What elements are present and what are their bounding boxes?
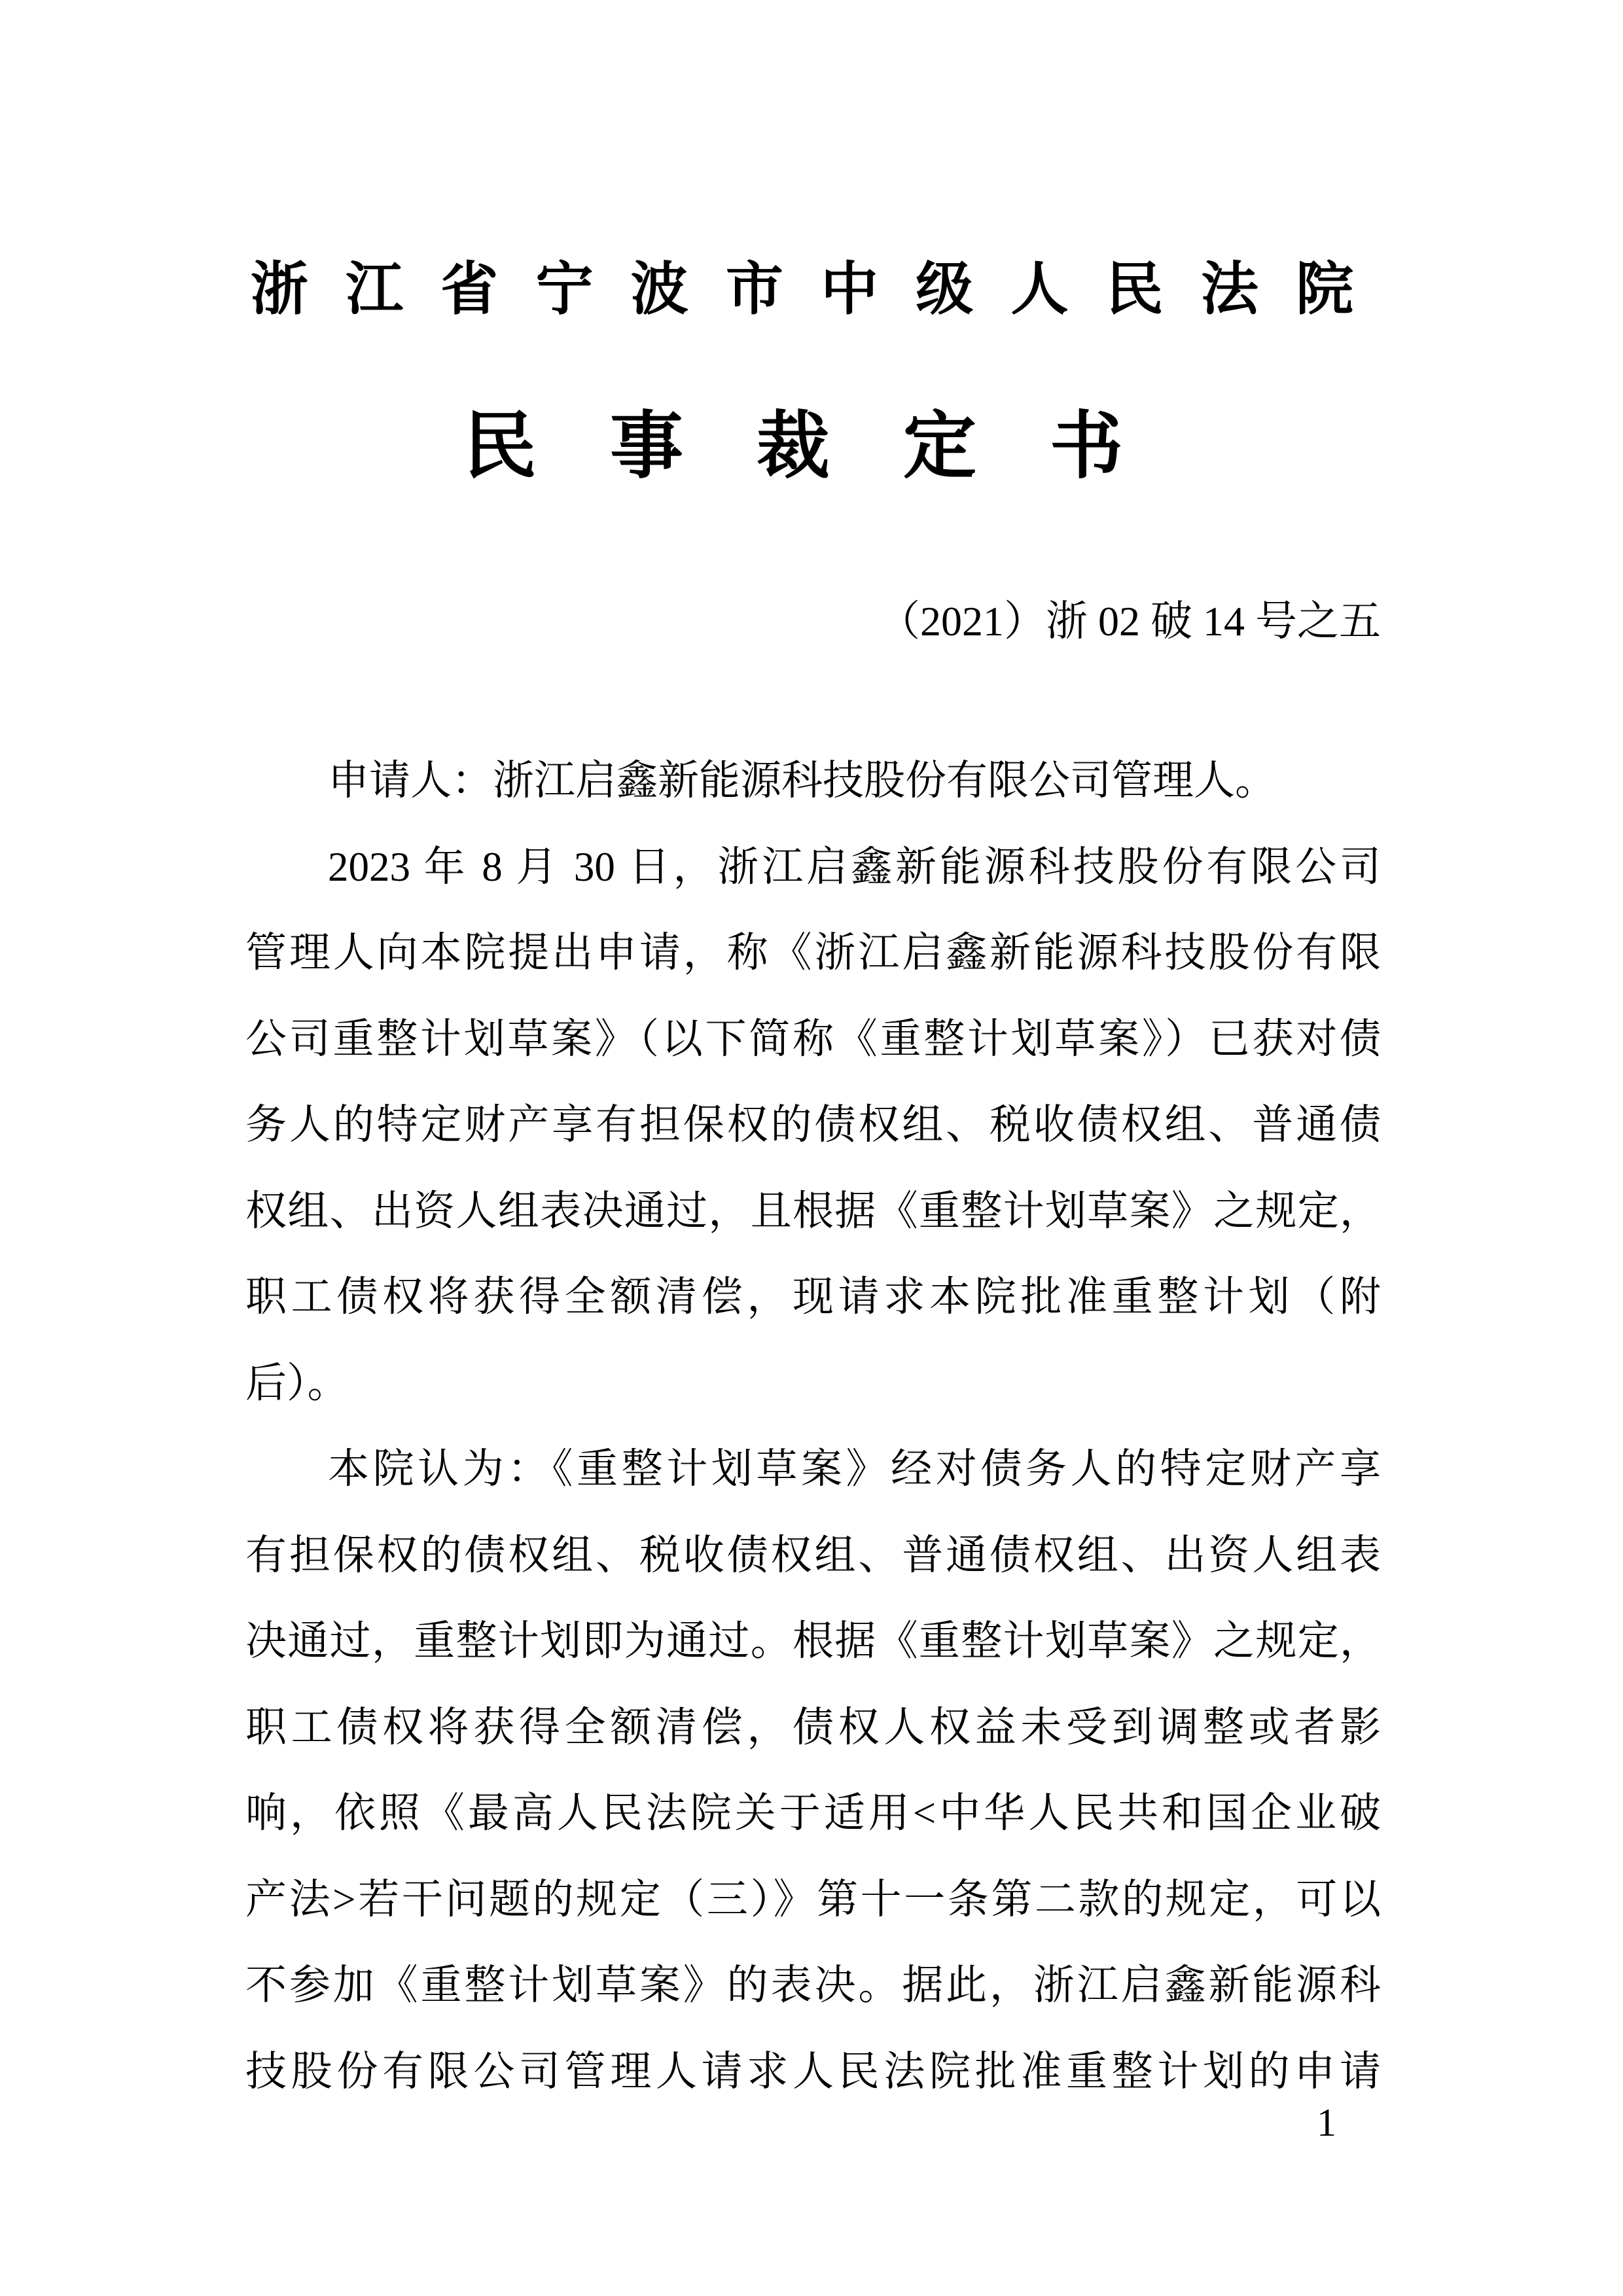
body-line: 务人的特定财产享有担保权的债权组、税收债权组、普通债	[245, 1082, 1381, 1169]
body-line: 不参加《重整计划草案》的表决。据此，浙江启鑫新能源科	[245, 1943, 1381, 2029]
body-line: 产法>若干问题的规定（三）》第十一条第二款的规定，可以	[245, 1857, 1381, 1943]
body-line: 本院认为：《重整计划草案》经对债务人的特定财产享	[245, 1426, 1381, 1513]
body-line: 决通过，重整计划即为通过。根据《重整计划草案》之规定，	[245, 1598, 1381, 1685]
body-text-block: 申请人：浙江启鑫新能源科技股份有限公司管理人。2023 年 8 月 30 日，浙…	[245, 738, 1381, 2115]
body-line: 职工债权将获得全额清偿，现请求本院批准重整计划（附	[245, 1254, 1381, 1341]
page-number: 1	[0, 2100, 1336, 2146]
body-line: 公司重整计划草案》（以下简称《重整计划草案》）已获对债	[245, 997, 1381, 1083]
body-line: 后）。	[245, 1341, 1381, 1427]
case-number: （2021）浙 02 破 14 号之五	[245, 588, 1381, 648]
document-type-title: 民事裁定书	[0, 387, 1623, 493]
body-line: 2023 年 8 月 30 日，浙江启鑫新能源科技股份有限公司	[245, 824, 1381, 911]
court-name-title: 浙江省宁波市中级人民法院	[0, 243, 1623, 326]
body-line: 申请人：浙江启鑫新能源科技股份有限公司管理人。	[245, 738, 1381, 824]
body-line: 有担保权的债权组、税收债权组、普通债权组、出资人组表	[245, 1513, 1381, 1599]
body-line: 管理人向本院提出申请，称《浙江启鑫新能源科技股份有限	[245, 910, 1381, 997]
body-line: 权组、出资人组表决通过，且根据《重整计划草案》之规定，	[245, 1169, 1381, 1255]
body-line: 响，依照《最高人民法院关于适用<中华人民共和国企业破	[245, 1771, 1381, 1857]
document-page: 浙江省宁波市中级人民法院 民事裁定书 （2021）浙 02 破 14 号之五 申…	[0, 0, 1623, 2296]
body-line: 职工债权将获得全额清偿，债权人权益未受到调整或者影	[245, 1685, 1381, 1771]
